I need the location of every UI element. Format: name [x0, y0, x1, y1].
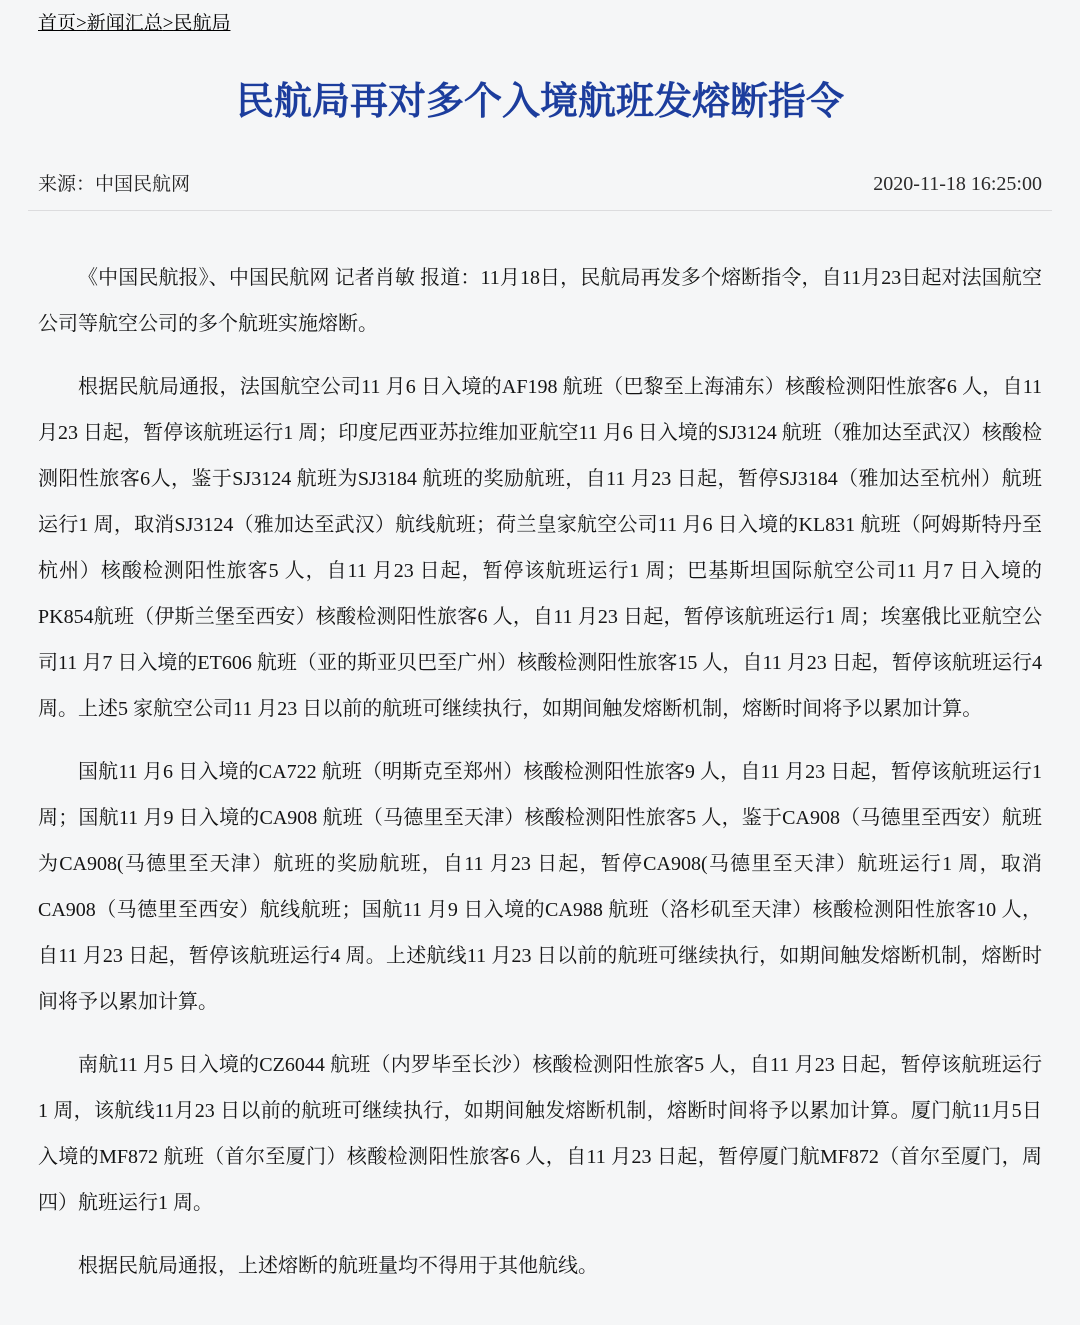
- meta-divider: [28, 210, 1052, 211]
- article-datetime: 2020-11-18 16:25:00: [873, 173, 1042, 196]
- source-value: 中国民航网: [95, 174, 190, 195]
- source-label: 来源：: [38, 174, 95, 195]
- breadcrumb-link-home[interactable]: 首页: [38, 13, 76, 34]
- article-paragraph-2: 根据民航局通报，法国航空公司11 月6 日入境的AF198 航班（巴黎至上海浦东…: [38, 364, 1042, 732]
- article-body: 《中国民航报》、中国民航网 记者肖敏 报道：11月18日，民航局再发多个熔断指令…: [38, 255, 1042, 1289]
- breadcrumb-link-caac[interactable]: 民航局: [173, 13, 230, 34]
- article-source: 来源：中国民航网: [38, 169, 190, 196]
- breadcrumb-separator: >: [163, 13, 174, 34]
- breadcrumb-separator: >: [76, 13, 87, 34]
- breadcrumb: 首页>新闻汇总>民航局: [38, 0, 1042, 37]
- article-paragraph-3: 国航11 月6 日入境的CA722 航班（明斯克至郑州）核酸检测阳性旅客9 人，…: [38, 749, 1042, 1025]
- article-paragraph-5: 根据民航局通报，上述熔断的航班量均不得用于其他航线。: [38, 1243, 1042, 1289]
- page-title: 民航局再对多个入境航班发熔断指令: [38, 79, 1042, 125]
- article-page: 首页>新闻汇总>民航局 民航局再对多个入境航班发熔断指令 来源：中国民航网 20…: [0, 0, 1080, 1289]
- article-paragraph-4: 南航11 月5 日入境的CZ6044 航班（内罗毕至长沙）核酸检测阳性旅客5 人…: [38, 1042, 1042, 1226]
- article-paragraph-1: 《中国民航报》、中国民航网 记者肖敏 报道：11月18日，民航局再发多个熔断指令…: [38, 255, 1042, 347]
- article-meta-row: 来源：中国民航网 2020-11-18 16:25:00: [38, 169, 1042, 196]
- breadcrumb-link-news-summary[interactable]: 新闻汇总: [87, 13, 163, 34]
